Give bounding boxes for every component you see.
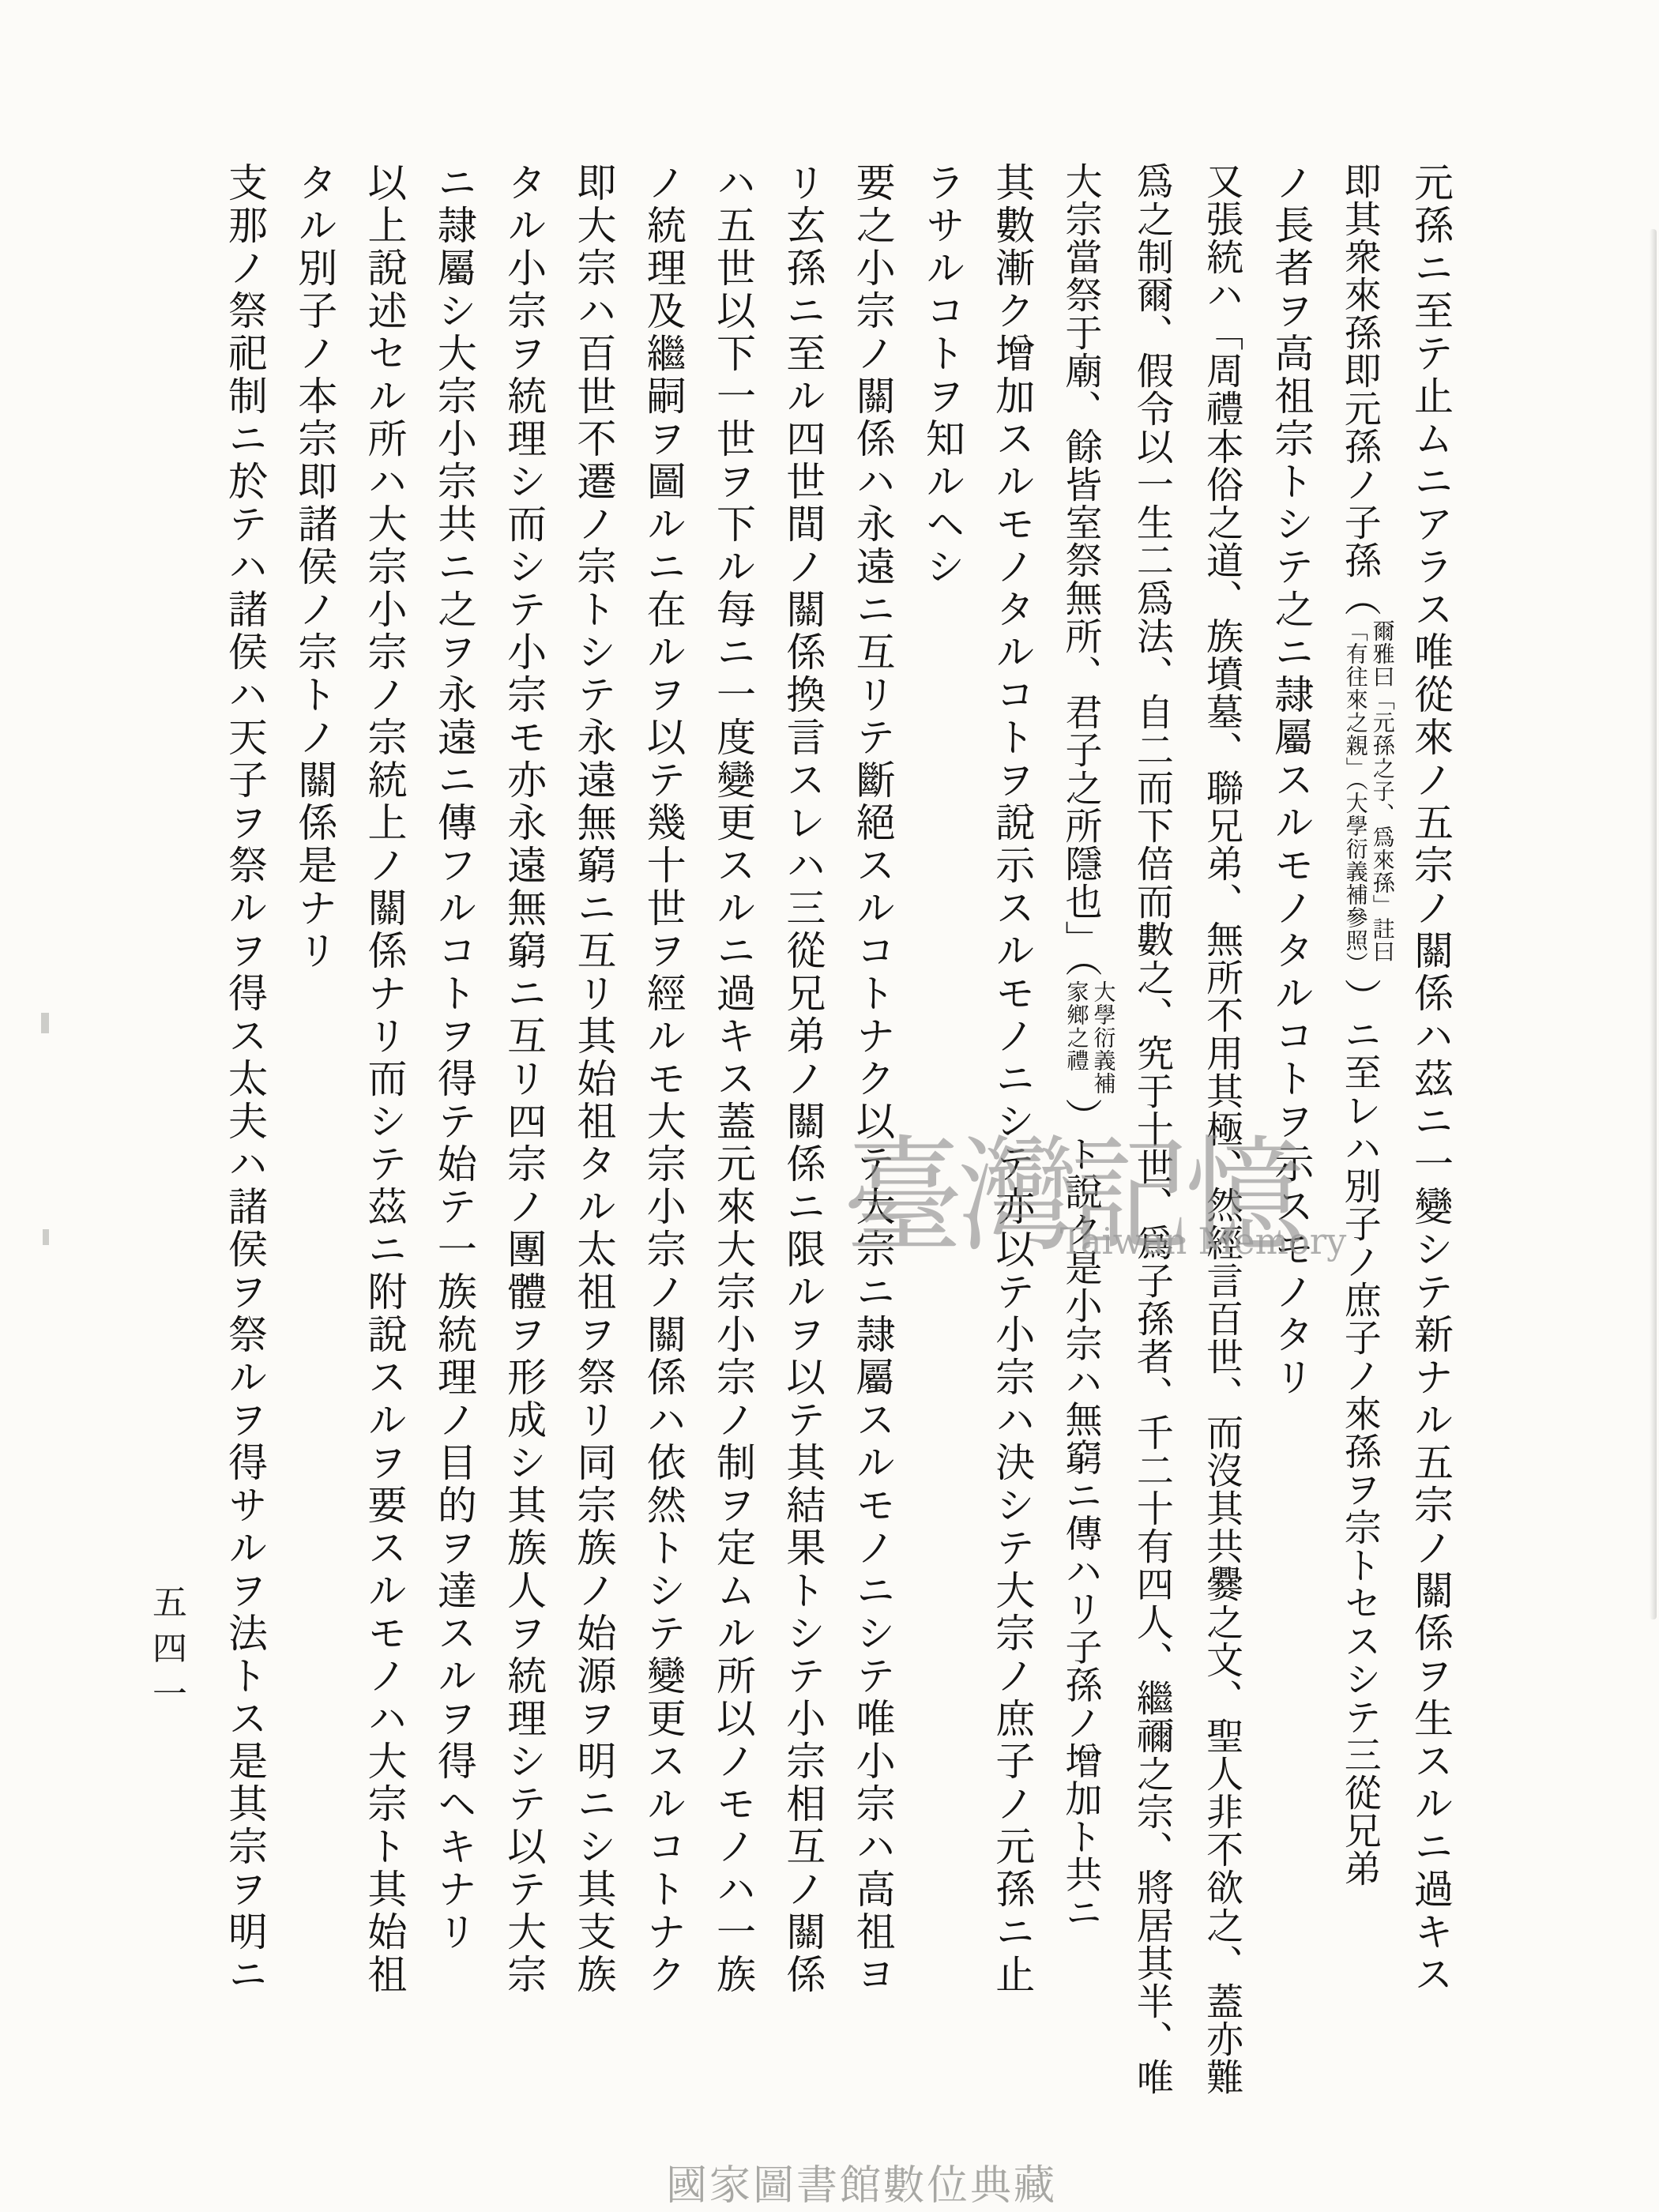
column-text: リ玄孫ニ至ル四世間ノ關係換言スレハ三從兄弟ノ關係ニ限ルヲ以テ其結果トシテ小宗相互…	[780, 162, 826, 1996]
text-column-12: ノ統理及繼嗣ヲ圖ルニ在ルヲ以テ幾十世ヲ經ルモ大宗小宗ノ關係ハ依然トシテ變更スルコ…	[628, 162, 698, 2113]
column-text: ノ統理及繼嗣ヲ圖ルニ在ルヲ以テ幾十世ヲ經ルモ大宗小宗ノ關係ハ依然トシテ變更スルコ…	[641, 162, 687, 1996]
column-text: ト說ク是小宗ハ無窮ニ傳ハリ子孫ノ增加ト共ニ	[1059, 1135, 1103, 1932]
text-column-13: 即大宗ハ百世不遷ノ宗トシテ永遠無窮ニ互リ其始祖タル太祖ヲ祭リ同宗族ノ始源ヲ明ニシ…	[559, 162, 628, 2113]
column-text: ラサルコトヲ知ルヘシ	[920, 162, 965, 589]
warichu-note: 爾雅曰「元孫之子、爲來孫」註曰「有往來之親」（大學衍義補參照）	[1342, 619, 1396, 975]
column-text: タル別子ノ本宗即諸侯ノ宗トノ關係是ナリ	[292, 162, 337, 972]
warichu-line-left: 家鄉之禮	[1063, 980, 1090, 1095]
warichu-paren-close: ）	[1059, 1098, 1103, 1135]
text-column-14: タル小宗ヲ統理シ而シテ小宗モ亦永遠無窮ニ互リ四宗ノ團體ヲ形成シ其族人ヲ統理シテ以…	[489, 162, 559, 2113]
text-column-11: ハ五世以下一世ヲ下ル每ニ一度變更スルニ過キス蓋元來大宗小宗ノ制ヲ定ムル所以ノモノ…	[698, 162, 768, 2113]
text-column-1: 元孫ニ至テ止ムニアラス唯從來ノ五宗ノ關係ハ茲ニ一變シテ新ナル五宗ノ關係ヲ生スルニ…	[1396, 162, 1465, 2113]
text-column-3: ノ長者ヲ高祖宗トシテ之ニ隷屬スルモノタルコトヲ示スモノタリ	[1256, 162, 1326, 2113]
column-text: 元孫ニ至テ止ムニアラス唯從來ノ五宗ノ關係ハ茲ニ一變シテ新ナル五宗ノ關係ヲ生スルニ…	[1408, 162, 1454, 1996]
warichu-line-right: 大學衍義補	[1090, 980, 1117, 1095]
digital-archive-footer: 國家圖書館數位典藏	[666, 2152, 1057, 2211]
text-column-10: リ玄孫ニ至ル四世間ノ關係換言スレハ三從兄弟ノ關係ニ限ルヲ以テ其結果トシテ小宗相互…	[768, 162, 837, 2113]
column-text: 即其衆來孫即元孫ノ子孫	[1338, 162, 1382, 579]
column-text: ノ長者ヲ高祖宗トシテ之ニ隷屬スルモノタルコトヲ示スモノタリ	[1268, 162, 1314, 1399]
text-column-6: 大宗當祭于廟、餘皆室祭無所、君子之所隱也」（大學衍義補家鄉之禮）ト說ク是小宗ハ無…	[1047, 162, 1116, 2113]
text-column-4: 又張統ハ「周禮本俗之道、族墳墓、聯兄弟、無所不用其極、然經言百世、而沒其共爨之文…	[1187, 162, 1256, 2113]
column-text: 要之小宗ノ關係ハ永遠ニ互リテ斷絕スルコトナク以テ大宗ニ隷屬スルモノニシテ唯小宗ハ…	[850, 162, 896, 1996]
column-text: 即大宗ハ百世不遷ノ宗トシテ永遠無窮ニ互リ其始祖タル太祖ヲ祭リ同宗族ノ始源ヲ明ニシ…	[570, 162, 616, 1996]
text-block: 元孫ニ至テ止ムニアラス唯從來ノ五宗ノ關係ハ茲ニ一變シテ新ナル五宗ノ關係ヲ生スルニ…	[209, 162, 1465, 2121]
warichu-paren-open: （	[1059, 958, 1103, 977]
column-text: 以上說述セル所ハ大宗小宗ノ宗統上ノ關係ナリ而シテ茲ニ附說スルヲ要スルモノハ大宗ト…	[362, 162, 408, 1996]
column-text: ニ至レハ別子ノ庶子ノ來孫ヲ宗トセスシテ三從兄弟	[1338, 1015, 1382, 1887]
text-column-15: ニ隷屬シ大宗小宗共ニ之ヲ永遠ニ傳フルコトヲ得テ始テ一族統理ノ目的ヲ達スルヲ得ヘキ…	[419, 162, 489, 2113]
text-column-18: 支那ノ祭祀制ニ於テハ諸侯ハ天子ヲ祭ルヲ得ス太夫ハ諸侯ヲ祭ルヲ得サルヲ法トス是其宗…	[210, 162, 280, 2113]
warichu-paren-close: ）	[1338, 978, 1382, 1015]
scanned-book-page: 元孫ニ至テ止ムニアラス唯從來ノ五宗ノ關係ハ茲ニ一變シテ新ナル五宗ノ關係ヲ生スルニ…	[0, 0, 1659, 2212]
warichu-line-right: 爾雅曰「元孫之子、爲來孫」註曰	[1369, 619, 1396, 975]
column-text: 爲之制爾、假令以一生二爲法、自二而下倍而數之、究于十世、爲子孫者、千二十有四人、…	[1130, 162, 1174, 2096]
text-column-2: 即其衆來孫即元孫ノ子孫（爾雅曰「元孫之子、爲來孫」註曰「有往來之親」（大學衍義補…	[1326, 162, 1395, 2113]
page-number: 五四一	[141, 1584, 191, 1721]
warichu-line-left: 「有往來之親」（大學衍義補參照）	[1342, 619, 1369, 975]
scan-edge-shadow	[1650, 229, 1657, 1619]
column-text: 又張統ハ「周禮本俗之道、族墳墓、聯兄弟、無所不用其極、然經言百世、而沒其共爨之文…	[1200, 162, 1243, 2096]
column-text: 支那ノ祭祀制ニ於テハ諸侯ハ天子ヲ祭ルヲ得ス太夫ハ諸侯ヲ祭ルヲ得サルヲ法トス是其宗…	[222, 162, 268, 1996]
column-text: 其數漸ク增加スルモノタルコトヲ說示スルモノニシテ亦以テ小宗ハ決シテ大宗ノ庶子ノ元…	[989, 162, 1035, 1996]
text-column-5: 爲之制爾、假令以一生二爲法、自二而下倍而數之、究于十世、爲子孫者、千二十有四人、…	[1117, 162, 1187, 2113]
text-column-9: 要之小宗ノ關係ハ永遠ニ互リテ斷絕スルコトナク以テ大宗ニ隷屬スルモノニシテ唯小宗ハ…	[837, 162, 907, 2113]
text-column-16: 以上說述セル所ハ大宗小宗ノ宗統上ノ關係ナリ而シテ茲ニ附說スルヲ要スルモノハ大宗ト…	[349, 162, 419, 2113]
column-text: タル小宗ヲ統理シ而シテ小宗モ亦永遠無窮ニ互リ四宗ノ團體ヲ形成シ其族人ヲ統理シテ以…	[501, 162, 547, 1996]
warichu-note: 大學衍義補家鄉之禮	[1063, 980, 1117, 1095]
scan-artifact	[41, 1013, 49, 1033]
warichu-paren-open: （	[1338, 579, 1382, 616]
column-text: ハ五世以下一世ヲ下ル每ニ一度變更スルニ過キス蓋元來大宗小宗ノ制ヲ定ムル所以ノモノ…	[710, 162, 756, 1996]
scan-artifact	[43, 1229, 49, 1245]
text-column-7: 其數漸ク增加スルモノタルコトヲ說示スルモノニシテ亦以テ小宗ハ決シテ大宗ノ庶子ノ元…	[977, 162, 1047, 2113]
text-column-8: ラサルコトヲ知ルヘシ	[908, 162, 977, 2113]
column-text: ニ隷屬シ大宗小宗共ニ之ヲ永遠ニ傳フルコトヲ得テ始テ一族統理ノ目的ヲ達スルヲ得ヘキ…	[431, 162, 477, 1954]
text-column-17: タル別子ノ本宗即諸侯ノ宗トノ關係是ナリ	[280, 162, 349, 2113]
column-text: 大宗當祭于廟、餘皆室祭無所、君子之所隱也」	[1059, 162, 1103, 958]
